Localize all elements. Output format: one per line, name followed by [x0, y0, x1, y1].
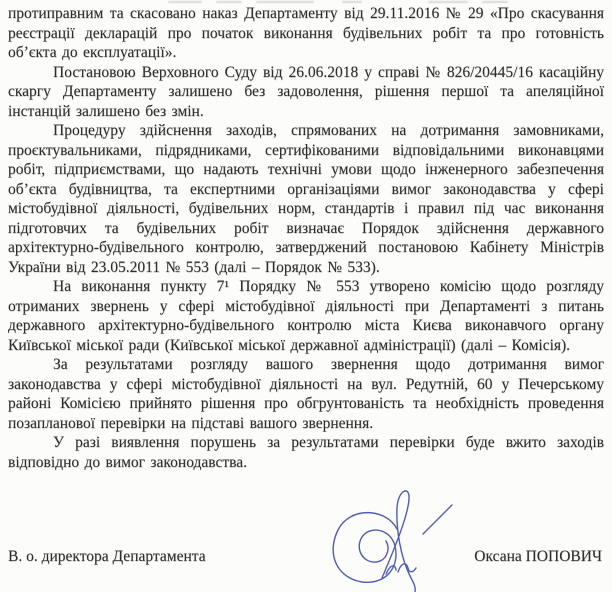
body-paragraph: На виконання пункту 7¹ Порядку № 553 утв… — [8, 277, 604, 355]
body-paragraph: Постановою Верховного Суду від 26.06.201… — [8, 63, 604, 122]
scan-artifact — [342, 1, 362, 3]
scanned-document-page: протиправним та скасовано наказ Департам… — [0, 0, 612, 592]
body-paragraph: У разі виявлення порушень за результатам… — [8, 433, 604, 472]
scan-artifact — [256, 1, 314, 3]
scan-artifact — [428, 1, 468, 3]
signer-name-label: Оксана ПОПОВИЧ — [474, 548, 602, 566]
body-paragraph: За результатами розгляду вашого зверненн… — [8, 355, 604, 433]
body-paragraph: протиправним та скасовано наказ Департам… — [8, 4, 604, 63]
body-paragraph: Процедуру здійснення заходів, спрямовани… — [8, 121, 604, 277]
scan-artifact — [168, 1, 202, 3]
handwritten-signature-icon — [322, 484, 462, 592]
scan-artifact — [482, 1, 508, 3]
signature-block: В. о. директора Департамента Оксана ПОПО… — [8, 548, 602, 566]
document-body: протиправним та скасовано наказ Департам… — [0, 0, 612, 472]
signer-role-label: В. о. директора Департамента — [8, 548, 206, 566]
scan-artifact — [216, 1, 242, 3]
